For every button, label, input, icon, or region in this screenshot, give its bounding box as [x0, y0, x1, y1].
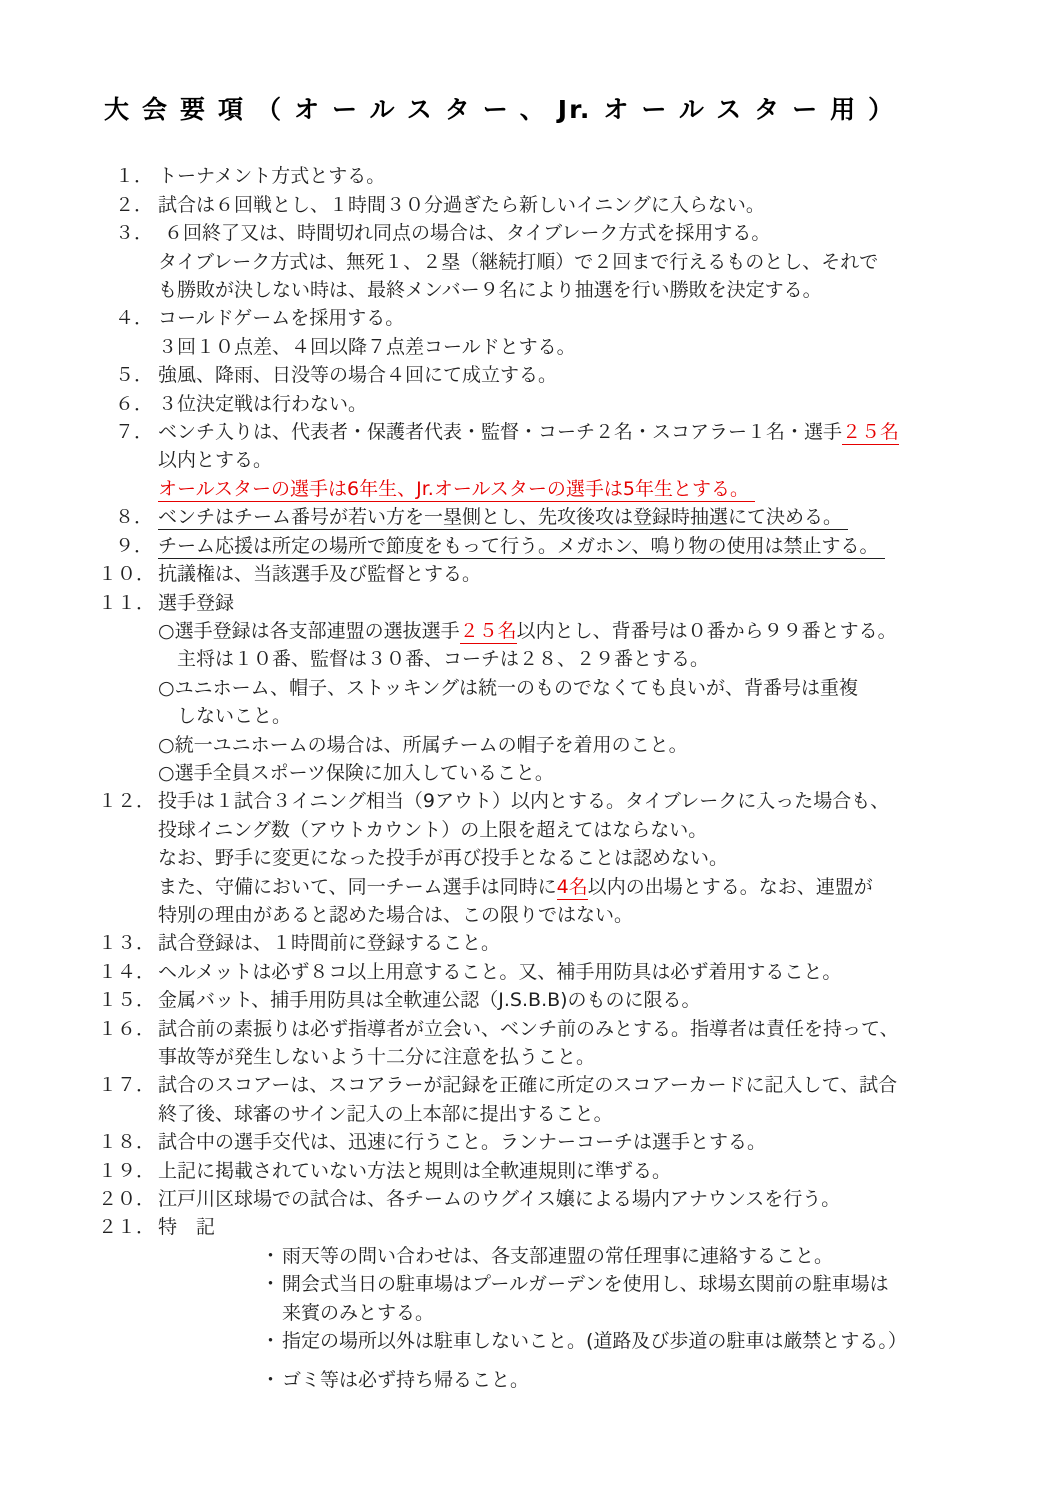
text-segment: ２５名: [460, 620, 517, 644]
item-line: ○ユニホーム、帽子、ストッキングは統一のものでなくても良いが、背番号は重複: [158, 674, 1018, 702]
text-segment: 投手は１試合３イニング相当（9アウト）以内とする。タイブレークに入った場合も、: [158, 790, 889, 812]
item-line: 特 記: [158, 1213, 1018, 1241]
item-line: 江戸川区球場での試合は、各チームのウグイス嬢による場内アナウンスを行う。: [158, 1185, 1018, 1213]
item-line: ３回１０点差、４回以降７点差コールドとする。: [158, 333, 1018, 361]
text-segment: 選手登録: [158, 592, 234, 614]
item-body: ヘルメットは必ず８コ以上用意すること。又、補手用防具は必ず着用すること。: [153, 958, 1018, 986]
title-jr: Jr.: [558, 95, 592, 124]
item-line: 試合中の選手交代は、迅速に行うこと。ランナーコーチは選手とする。: [158, 1128, 1018, 1156]
item-number: １７．: [98, 1071, 153, 1099]
title-pre: 大会要項（オールスター、: [104, 95, 558, 124]
item-body: チーム応援は所定の場所で節度をもって行う。メガホン、鳴り物の使用は禁止する。: [153, 532, 1018, 560]
note-item: ・雨天等の問い合わせは、各支部連盟の常任理事に連絡すること。: [261, 1242, 1018, 1270]
item-number: １６．: [98, 1015, 153, 1043]
text-segment: 試合のスコアーは、スコアラーが記録を正確に所定のスコアーカードに記入して、試合: [158, 1074, 897, 1096]
item-number: ２０．: [98, 1185, 153, 1213]
special-notes: ・雨天等の問い合わせは、各支部連盟の常任理事に連絡すること。・開会式当日の駐車場…: [261, 1242, 1018, 1395]
text-segment: ６回終了又は、時間切れ同点の場合は、タイブレーク方式を採用する。: [158, 222, 770, 244]
text-segment: 試合は６回戦とし、１時間３０分過ぎたら新しいイニングに入らない。: [158, 194, 765, 216]
text-segment: 4名: [557, 876, 588, 900]
item-line: 試合のスコアーは、スコアラーが記録を正確に所定のスコアーカードに記入して、試合: [158, 1071, 1018, 1099]
text-segment: ベンチ入りは、代表者・保護者代表・監督・コーチ２名・スコアラー１名・選手: [158, 421, 842, 443]
item-line: ６回終了又は、時間切れ同点の場合は、タイブレーク方式を採用する。: [158, 219, 1018, 247]
list-item: １３．試合登録は、１時間前に登録すること。: [98, 929, 1018, 957]
note-line: 来賓のみとする。: [282, 1299, 1018, 1327]
item-body: 抗議権は、当該選手及び監督とする。: [153, 560, 1018, 588]
note-item: ・開会式当日の駐車場はプールガーデンを使用し、球場玄関前の駐車場は来賓のみとする…: [261, 1270, 1018, 1327]
text-segment: ○統一ユニホームの場合は、所属チームの帽子を着用のこと。: [158, 734, 688, 756]
list-item: ２１．特 記・雨天等の問い合わせは、各支部連盟の常任理事に連絡すること。・開会式…: [98, 1213, 1018, 1394]
list-item: ４．コールドゲームを採用する。３回１０点差、４回以降７点差コールドとする。: [98, 304, 1018, 361]
item-line: コールドゲームを採用する。: [158, 304, 1018, 332]
text-segment: ２５名: [842, 421, 899, 445]
item-line: 抗議権は、当該選手及び監督とする。: [158, 560, 1018, 588]
item-line: 上記に掲載されていない方法と規則は全軟連規則に準ずる。: [158, 1157, 1018, 1185]
item-body: 試合中の選手交代は、迅速に行うこと。ランナーコーチは選手とする。: [153, 1128, 1018, 1156]
item-body: 金属バット、捕手用防具は全軟連公認（J.S.B.B)のものに限る。: [153, 986, 1018, 1014]
item-line: 選手登録: [158, 589, 1018, 617]
text-segment: 金属バット、捕手用防具は全軟連公認（J.S.B.B)のものに限る。: [158, 989, 701, 1011]
text-segment: ○ユニホーム、帽子、ストッキングは統一のものでなくても良いが、背番号は重複: [158, 677, 858, 699]
title-post: オールスター用）: [603, 95, 906, 124]
list-item: １１．選手登録○選手登録は各支部連盟の選抜選手２５名以内とし、背番号は０番から９…: [98, 589, 1018, 788]
text-segment: ヘルメットは必ず８コ以上用意すること。又、補手用防具は必ず着用すること。: [158, 961, 841, 983]
text-segment: 投球イニング数（アウトカウント）の上限を超えてはならない。: [158, 819, 707, 841]
bullet-icon: ・: [261, 1327, 282, 1355]
item-line: ○選手全員スポーツ保険に加入していること。: [158, 759, 1018, 787]
item-line: 試合は６回戦とし、１時間３０分過ぎたら新しいイニングに入らない。: [158, 191, 1018, 219]
item-number: １１．: [98, 589, 153, 617]
item-body: 選手登録○選手登録は各支部連盟の選抜選手２５名以内とし、背番号は０番から９９番と…: [153, 589, 1018, 788]
list-item: １２．投手は１試合３イニング相当（9アウト）以内とする。タイブレークに入った場合…: [98, 787, 1018, 929]
rules-list: １．トーナメント方式とする。２．試合は６回戦とし、１時間３０分過ぎたら新しいイニ…: [98, 162, 1018, 1394]
list-item: ５．強風、降雨、日没等の場合４回にて成立する。: [98, 361, 1018, 389]
list-item: ７．ベンチ入りは、代表者・保護者代表・監督・コーチ２名・スコアラー１名・選手２５…: [98, 418, 1018, 503]
document-page: 大会要項（オールスター、Jr.オールスター用） １．トーナメント方式とする。２．…: [0, 0, 1058, 1395]
item-number: １８．: [98, 1128, 153, 1156]
note-item: ・ゴミ等は必ず持ち帰ること。: [261, 1366, 1018, 1394]
text-segment: 上記に掲載されていない方法と規則は全軟連規則に準ずる。: [158, 1160, 671, 1182]
text-segment: 抗議権は、当該選手及び監督とする。: [158, 563, 481, 585]
item-line: 以内とする。: [158, 446, 1018, 474]
item-number: １４．: [98, 958, 153, 986]
item-line: 事故等が発生しないよう十二分に注意を払うこと。: [158, 1043, 1018, 1071]
item-line: 試合登録は、１時間前に登録すること。: [158, 929, 1018, 957]
item-body: 上記に掲載されていない方法と規則は全軟連規則に準ずる。: [153, 1157, 1018, 1185]
text-segment: オールスターの選手は6年生、Jr.オールスターの選手は5年生とする。: [158, 478, 755, 502]
item-line: ○統一ユニホームの場合は、所属チームの帽子を着用のこと。: [158, 731, 1018, 759]
item-body: 江戸川区球場での試合は、各チームのウグイス嬢による場内アナウンスを行う。: [153, 1185, 1018, 1213]
item-body: ベンチはチーム番号が若い方を一塁側とし、先攻後攻は登録時抽選にて決める。: [153, 503, 1018, 531]
item-line: また、守備において、同一チーム選手は同時に4名以内の出場とする。なお、連盟が: [158, 873, 1018, 901]
page-title: 大会要項（オールスター、Jr.オールスター用）: [104, 96, 1018, 124]
list-item: ６．３位決定戦は行わない。: [98, 390, 1018, 418]
note-line: 雨天等の問い合わせは、各支部連盟の常任理事に連絡すること。: [282, 1242, 1018, 1270]
item-line: ○選手登録は各支部連盟の選抜選手２５名以内とし、背番号は０番から９９番とする。: [158, 617, 1018, 645]
item-number: ６．: [98, 390, 153, 418]
note-body: 指定の場所以外は駐車しないこと。(道路及び歩道の駐車は厳禁とする。）: [282, 1327, 1018, 1355]
text-segment: チーム応援は所定の場所で節度をもって行う。メガホン、鳴り物の使用は禁止する。: [158, 535, 885, 559]
item-line: 特別の理由があると認めた場合は、この限りではない。: [158, 901, 1018, 929]
list-item: １６．試合前の素振りは必ず指導者が立会い、ベンチ前のみとする。指導者は責任を持っ…: [98, 1015, 1018, 1072]
item-line: なお、野手に変更になった投手が再び投手となることは認めない。: [158, 844, 1018, 872]
list-item: １８．試合中の選手交代は、迅速に行うこと。ランナーコーチは選手とする。: [98, 1128, 1018, 1156]
note-body: ゴミ等は必ず持ち帰ること。: [282, 1366, 1018, 1394]
text-segment: 試合前の素振りは必ず指導者が立会い、ベンチ前のみとする。指導者は責任を持って、: [158, 1018, 899, 1040]
item-body: コールドゲームを採用する。３回１０点差、４回以降７点差コールドとする。: [153, 304, 1018, 361]
note-body: 開会式当日の駐車場はプールガーデンを使用し、球場玄関前の駐車場は来賓のみとする。: [282, 1270, 1018, 1327]
text-segment: 特別の理由があると認めた場合は、この限りではない。: [158, 904, 633, 926]
item-number: １５．: [98, 986, 153, 1014]
list-item: ２０．江戸川区球場での試合は、各チームのウグイス嬢による場内アナウンスを行う。: [98, 1185, 1018, 1213]
item-line: 終了後、球審のサイン記入の上本部に提出すること。: [158, 1100, 1018, 1128]
item-body: 投手は１試合３イニング相当（9アウト）以内とする。タイブレークに入った場合も、投…: [153, 787, 1018, 929]
list-item: １４．ヘルメットは必ず８コ以上用意すること。又、補手用防具は必ず着用すること。: [98, 958, 1018, 986]
item-line: ベンチ入りは、代表者・保護者代表・監督・コーチ２名・スコアラー１名・選手２５名: [158, 418, 1018, 446]
text-segment: ○選手全員スポーツ保険に加入していること。: [158, 762, 554, 784]
item-body: ６回終了又は、時間切れ同点の場合は、タイブレーク方式を採用する。タイブレーク方式…: [153, 219, 1018, 304]
item-line: 強風、降雨、日没等の場合４回にて成立する。: [158, 361, 1018, 389]
note-line: 開会式当日の駐車場はプールガーデンを使用し、球場玄関前の駐車場は: [282, 1270, 1018, 1298]
item-number: １．: [98, 162, 153, 190]
bullet-icon: ・: [261, 1270, 282, 1298]
item-line: 主将は１０番、監督は３０番、コーチは２８、２９番とする。: [158, 645, 1018, 673]
item-number: ２１．: [98, 1213, 153, 1241]
note-line: 指定の場所以外は駐車しないこと。(道路及び歩道の駐車は厳禁とする。）: [282, 1327, 1018, 1355]
text-segment: ３回１０点差、４回以降７点差コールドとする。: [158, 336, 576, 358]
item-number: １２．: [98, 787, 153, 815]
text-segment: 終了後、球審のサイン記入の上本部に提出すること。: [158, 1103, 613, 1125]
text-segment: 主将は１０番、監督は３０番、コーチは２８、２９番とする。: [158, 648, 709, 670]
item-line: チーム応援は所定の場所で節度をもって行う。メガホン、鳴り物の使用は禁止する。: [158, 532, 1018, 560]
item-line: 投手は１試合３イニング相当（9アウト）以内とする。タイブレークに入った場合も、: [158, 787, 1018, 815]
item-body: 特 記・雨天等の問い合わせは、各支部連盟の常任理事に連絡すること。・開会式当日の…: [153, 1213, 1018, 1394]
bullet-icon: ・: [261, 1366, 282, 1394]
list-item: ２．試合は６回戦とし、１時間３０分過ぎたら新しいイニングに入らない。: [98, 191, 1018, 219]
item-number: ４．: [98, 304, 153, 332]
text-segment: 試合中の選手交代は、迅速に行うこと。ランナーコーチは選手とする。: [158, 1131, 766, 1153]
item-body: 試合のスコアーは、スコアラーが記録を正確に所定のスコアーカードに記入して、試合終…: [153, 1071, 1018, 1128]
item-line: オールスターの選手は6年生、Jr.オールスターの選手は5年生とする。: [158, 475, 1018, 503]
text-segment: 以内とし、背番号は０番から９９番とする。: [517, 620, 897, 642]
list-item: １７．試合のスコアーは、スコアラーが記録を正確に所定のスコアーカードに記入して、…: [98, 1071, 1018, 1128]
text-segment: も勝敗が決しない時は、最終メンバー９名により抽選を行い勝敗を決定する。: [158, 279, 822, 301]
item-number: ３．: [98, 219, 153, 247]
text-segment: 以内の出場とする。なお、連盟が: [588, 876, 873, 898]
list-item: １．トーナメント方式とする。: [98, 162, 1018, 190]
item-body: ３位決定戦は行わない。: [153, 390, 1018, 418]
item-line: 投球イニング数（アウトカウント）の上限を超えてはならない。: [158, 816, 1018, 844]
item-body: トーナメント方式とする。: [153, 162, 1018, 190]
list-item: １５．金属バット、捕手用防具は全軟連公認（J.S.B.B)のものに限る。: [98, 986, 1018, 1014]
item-line: 金属バット、捕手用防具は全軟連公認（J.S.B.B)のものに限る。: [158, 986, 1018, 1014]
item-number: ５．: [98, 361, 153, 389]
item-body: 試合は６回戦とし、１時間３０分過ぎたら新しいイニングに入らない。: [153, 191, 1018, 219]
list-item: ８．ベンチはチーム番号が若い方を一塁側とし、先攻後攻は登録時抽選にて決める。: [98, 503, 1018, 531]
item-line: 試合前の素振りは必ず指導者が立会い、ベンチ前のみとする。指導者は責任を持って、: [158, 1015, 1018, 1043]
text-segment: なお、野手に変更になった投手が再び投手となることは認めない。: [158, 847, 728, 869]
text-segment: 以内とする。: [158, 449, 272, 471]
text-segment: ○選手登録は各支部連盟の選抜選手: [158, 620, 460, 642]
note-line: ゴミ等は必ず持ち帰ること。: [282, 1366, 1018, 1394]
list-item: ３． ６回終了又は、時間切れ同点の場合は、タイブレーク方式を採用する。タイブレー…: [98, 219, 1018, 304]
note-item: ・指定の場所以外は駐車しないこと。(道路及び歩道の駐車は厳禁とする。）: [261, 1327, 1018, 1355]
item-line: ヘルメットは必ず８コ以上用意すること。又、補手用防具は必ず着用すること。: [158, 958, 1018, 986]
text-segment: 江戸川区球場での試合は、各チームのウグイス嬢による場内アナウンスを行う。: [158, 1188, 840, 1210]
item-number: ２．: [98, 191, 153, 219]
item-line: も勝敗が決しない時は、最終メンバー９名により抽選を行い勝敗を決定する。: [158, 276, 1018, 304]
item-line: しないこと。: [158, 702, 1018, 730]
text-segment: ３位決定戦は行わない。: [158, 393, 367, 415]
item-body: 強風、降雨、日没等の場合４回にて成立する。: [153, 361, 1018, 389]
note-body: 雨天等の問い合わせは、各支部連盟の常任理事に連絡すること。: [282, 1242, 1018, 1270]
item-body: 試合登録は、１時間前に登録すること。: [153, 929, 1018, 957]
item-number: ７．: [98, 418, 153, 446]
item-number: １９．: [98, 1157, 153, 1185]
list-item: １０．抗議権は、当該選手及び監督とする。: [98, 560, 1018, 588]
item-line: トーナメント方式とする。: [158, 162, 1018, 190]
item-line: ベンチはチーム番号が若い方を一塁側とし、先攻後攻は登録時抽選にて決める。: [158, 503, 1018, 531]
item-line: ３位決定戦は行わない。: [158, 390, 1018, 418]
item-body: 試合前の素振りは必ず指導者が立会い、ベンチ前のみとする。指導者は責任を持って、事…: [153, 1015, 1018, 1072]
list-item: １９．上記に掲載されていない方法と規則は全軟連規則に準ずる。: [98, 1157, 1018, 1185]
text-segment: 特 記: [158, 1216, 215, 1238]
item-line: タイブレーク方式は、無死１、２塁（継続打順）で２回まで行えるものとし、それで: [158, 248, 1018, 276]
item-body: ベンチ入りは、代表者・保護者代表・監督・コーチ２名・スコアラー１名・選手２５名以…: [153, 418, 1018, 503]
text-segment: 強風、降雨、日没等の場合４回にて成立する。: [158, 364, 557, 386]
text-segment: 事故等が発生しないよう十二分に注意を払うこと。: [158, 1046, 595, 1068]
text-segment: 試合登録は、１時間前に登録すること。: [158, 932, 500, 954]
item-number: ８．: [98, 503, 153, 531]
text-segment: また、守備において、同一チーム選手は同時に: [158, 876, 557, 898]
text-segment: しないこと。: [158, 705, 291, 727]
item-number: １３．: [98, 929, 153, 957]
text-segment: トーナメント方式とする。: [158, 165, 385, 187]
text-segment: ベンチはチーム番号が若い方を一塁側とし、先攻後攻は登録時抽選にて決める。: [158, 506, 848, 530]
bullet-icon: ・: [261, 1242, 282, 1270]
text-segment: タイブレーク方式は、無死１、２塁（継続打順）で２回まで行えるものとし、それで: [158, 251, 878, 273]
item-number: １０．: [98, 560, 153, 588]
list-item: ９．チーム応援は所定の場所で節度をもって行う。メガホン、鳴り物の使用は禁止する。: [98, 532, 1018, 560]
text-segment: コールドゲームを採用する。: [158, 307, 404, 329]
item-number: ９．: [98, 532, 153, 560]
